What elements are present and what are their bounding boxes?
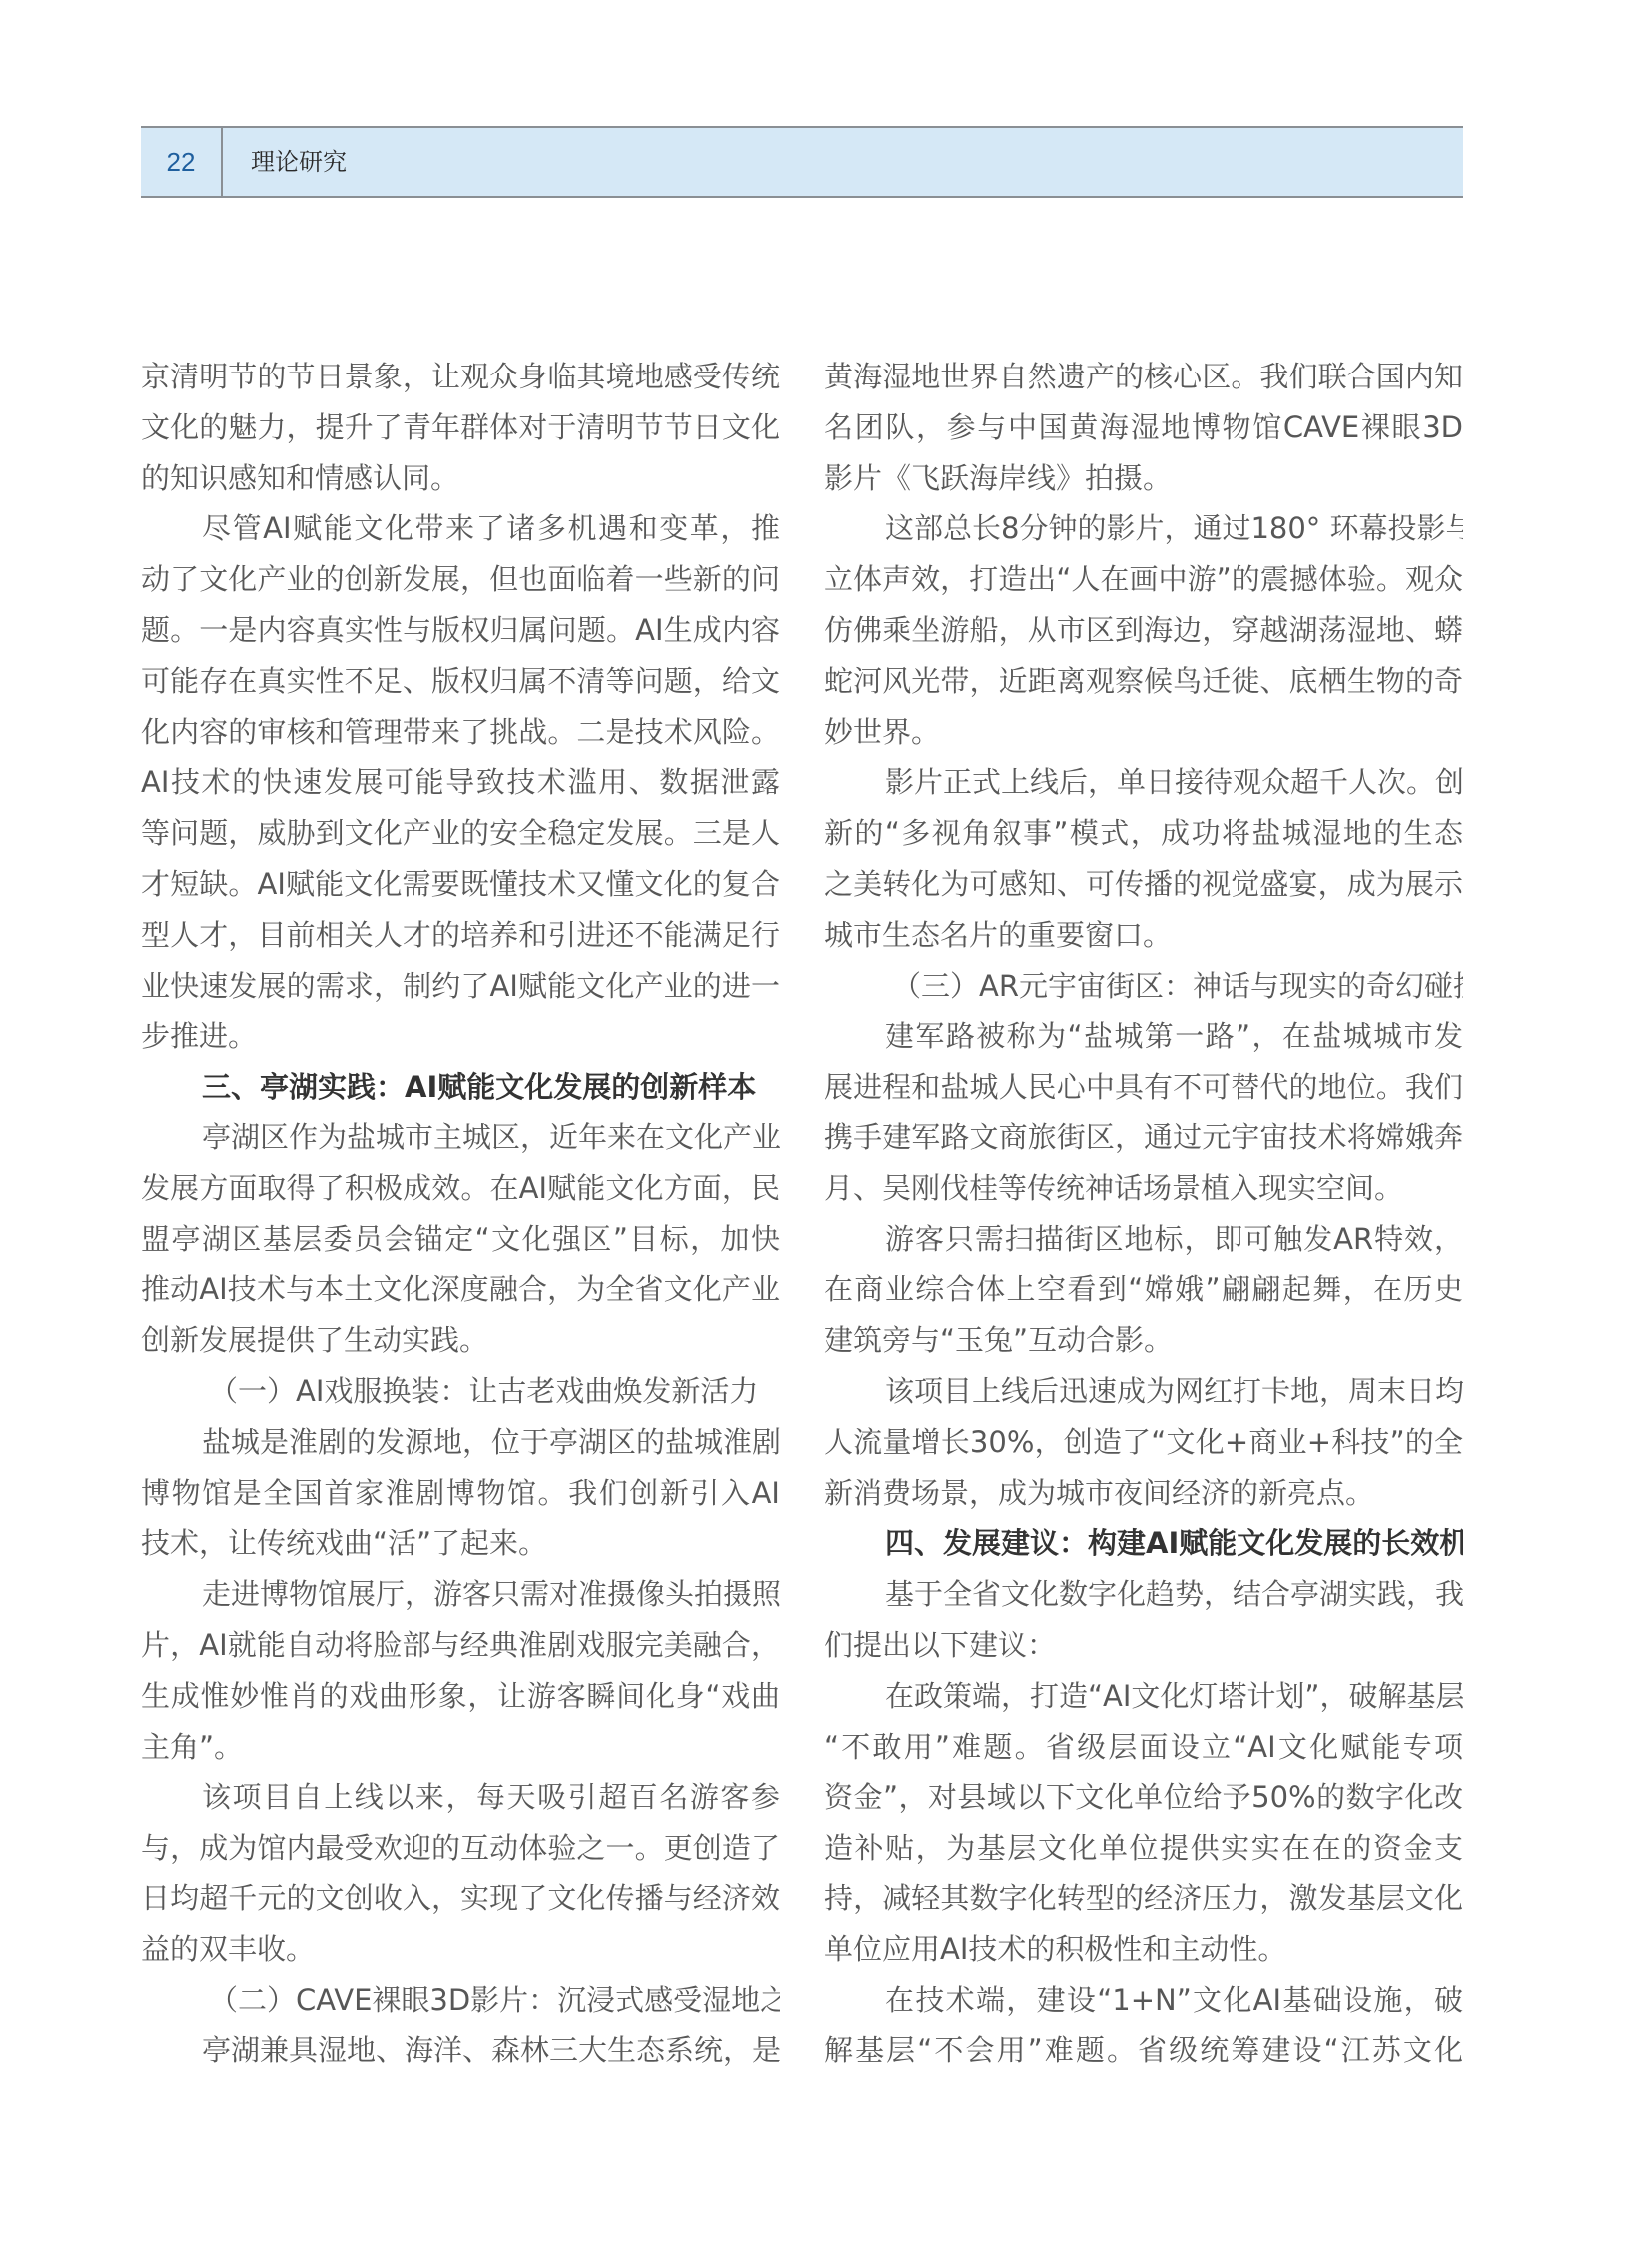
text-line: 博物馆是全国首家淮剧博物馆。我们创新引入AI [141, 1468, 780, 1519]
text-line: AI技术的快速发展可能导致技术滥用、数据泄露 [141, 757, 780, 808]
text-line: 化内容的审核和管理带来了挑战。二是技术风险。 [141, 707, 780, 758]
text-line: 可能存在真实性不足、版权归属不清等问题，给文 [141, 656, 780, 707]
text-line: 在政策端，打造“AI文化灯塔计划”，破解基层 [824, 1671, 1463, 1722]
text-line: 黄海湿地世界自然遗产的核心区。我们联合国内知 [824, 352, 1463, 402]
text-line: 盐城是淮剧的发源地，位于亭湖区的盐城淮剧 [141, 1417, 780, 1468]
text-line: 解基层“不会用”难题。省级统筹建设“江苏文化 [824, 2025, 1463, 2076]
text-line: 题。一是内容真实性与版权归属问题。AI生成内容 [141, 605, 780, 656]
text-line: 在商业综合体上空看到“嫦娥”翩翩起舞，在历史 [824, 1264, 1463, 1315]
text-line: 该项目上线后迅速成为网红打卡地，周末日均 [824, 1366, 1463, 1417]
text-line: 与，成为馆内最受欢迎的互动体验之一。更创造了 [141, 1823, 780, 1873]
text-line: 型人才，目前相关人才的培养和引进还不能满足行 [141, 910, 780, 961]
text-line: 城市生态名片的重要窗口。 [824, 910, 1463, 961]
text-line: 创新发展提供了生动实践。 [141, 1315, 780, 1366]
subsection-heading: （二）CAVE裸眼3D影片：沉浸式感受湿地之美 [141, 1975, 780, 2026]
text-line: “不敢用”难题。省级层面设立“AI文化赋能专项 [824, 1722, 1463, 1773]
text-line: 建军路被称为“盐城第一路”，在盐城城市发 [824, 1011, 1463, 1062]
text-line: 业快速发展的需求，制约了AI赋能文化产业的进一 [141, 961, 780, 1012]
text-line: 主角”。 [141, 1722, 780, 1773]
text-line: 这部总长8分钟的影片，通过180° 环幕投影与 [824, 503, 1463, 554]
text-line: 造补贴，为基层文化单位提供实实在在的资金支 [824, 1823, 1463, 1873]
text-line: 技术，让传统戏曲“活”了起来。 [141, 1518, 780, 1569]
text-line: 的知识感知和情感认同。 [141, 453, 780, 504]
text-line: 等问题，威胁到文化产业的安全稳定发展。三是人 [141, 808, 780, 859]
text-line: 之美转化为可感知、可传播的视觉盛宴，成为展示 [824, 859, 1463, 910]
text-line: 文化的魅力，提升了青年群体对于清明节节日文化 [141, 402, 780, 453]
text-line: 生成惟妙惟肖的戏曲形象，让游客瞬间化身“戏曲 [141, 1671, 780, 1722]
header-divider [221, 128, 223, 196]
text-line: 推动AI技术与本土文化深度融合，为全省文化产业 [141, 1264, 780, 1315]
section-heading: 四、发展建议：构建AI赋能文化发展的长效机制 [824, 1518, 1463, 1569]
subsection-heading: （一）AI戏服换装：让古老戏曲焕发新活力 [141, 1366, 780, 1417]
text-line: 建筑旁与“玉兔”互动合影。 [824, 1315, 1463, 1366]
text-line: 亭湖兼具湿地、海洋、森林三大生态系统，是 [141, 2025, 780, 2076]
text-line: 日均超千元的文创收入，实现了文化传播与经济效 [141, 1873, 780, 1924]
text-line: 妙世界。 [824, 707, 1463, 758]
text-line: 携手建军路文商旅街区，通过元宇宙技术将嫦娥奔 [824, 1113, 1463, 1163]
left-column: 京清明节的节日景象，让观众身临其境地感受传统文化的魅力，提升了青年群体对于清明节… [141, 352, 780, 2076]
text-line: 该项目自上线以来，每天吸引超百名游客参 [141, 1772, 780, 1823]
text-line: 新消费场景，成为城市夜间经济的新亮点。 [824, 1468, 1463, 1519]
text-line: 才短缺。AI赋能文化需要既懂技术又懂文化的复合 [141, 859, 780, 910]
section-heading: 三、亭湖实践：AI赋能文化发展的创新样本 [141, 1062, 780, 1113]
text-line: 们提出以下建议： [824, 1620, 1463, 1671]
text-line: 名团队，参与中国黄海湿地博物馆CAVE裸眼3D [824, 402, 1463, 453]
text-line: 尽管AI赋能文化带来了诸多机遇和变革，推 [141, 503, 780, 554]
text-line: 单位应用AI技术的积极性和主动性。 [824, 1924, 1463, 1975]
text-line: 益的双丰收。 [141, 1924, 780, 1975]
text-line: 影片正式上线后，单日接待观众超千人次。创 [824, 757, 1463, 808]
right-column: 黄海湿地世界自然遗产的核心区。我们联合国内知名团队，参与中国黄海湿地博物馆CAV… [824, 352, 1463, 2076]
text-line: 影片《飞跃海岸线》拍摄。 [824, 453, 1463, 504]
text-line: 片，AI就能自动将脸部与经典淮剧戏服完美融合， [141, 1620, 780, 1671]
text-line: 亭湖区作为盐城市主城区，近年来在文化产业 [141, 1113, 780, 1163]
page-number: 22 [141, 128, 221, 196]
text-line: 立体声效，打造出“人在画中游”的震撼体验。观众 [824, 554, 1463, 605]
text-line: 月、吴刚伐桂等传统神话场景植入现实空间。 [824, 1163, 1463, 1214]
text-line: 基于全省文化数字化趋势，结合亭湖实践，我 [824, 1569, 1463, 1620]
running-header: 22 理论研究 [141, 126, 1463, 198]
text-line: 发展方面取得了积极成效。在AI赋能文化方面，民 [141, 1163, 780, 1214]
text-line: 游客只需扫描街区地标，即可触发AR特效， [824, 1214, 1463, 1265]
text-line: 持，减轻其数字化转型的经济压力，激发基层文化 [824, 1873, 1463, 1924]
text-line: 走进博物馆展厅，游客只需对准摄像头拍摄照 [141, 1569, 780, 1620]
text-line: 仿佛乘坐游船，从市区到海边，穿越湖荡湿地、蟒 [824, 605, 1463, 656]
section-title: 理论研究 [251, 128, 347, 196]
text-line: 展进程和盐城人民心中具有不可替代的地位。我们 [824, 1062, 1463, 1113]
text-line: 蛇河风光带，近距离观察候鸟迁徙、底栖生物的奇 [824, 656, 1463, 707]
text-line: 资金”，对县域以下文化单位给予50%的数字化改 [824, 1772, 1463, 1823]
text-line: 步推进。 [141, 1011, 780, 1062]
text-line: 在技术端，建设“1+N”文化AI基础设施，破 [824, 1975, 1463, 2026]
text-line: 京清明节的节日景象，让观众身临其境地感受传统 [141, 352, 780, 402]
text-line: 动了文化产业的创新发展，但也面临着一些新的问 [141, 554, 780, 605]
text-line: 新的“多视角叙事”模式，成功将盐城湿地的生态 [824, 808, 1463, 859]
subsection-heading: （三）AR元宇宙街区：神话与现实的奇幻碰撞 [824, 961, 1463, 1012]
text-line: 盟亭湖区基层委员会锚定“文化强区”目标，加快 [141, 1214, 780, 1265]
text-line: 人流量增长30%，创造了“文化+商业+科技”的全 [824, 1417, 1463, 1468]
